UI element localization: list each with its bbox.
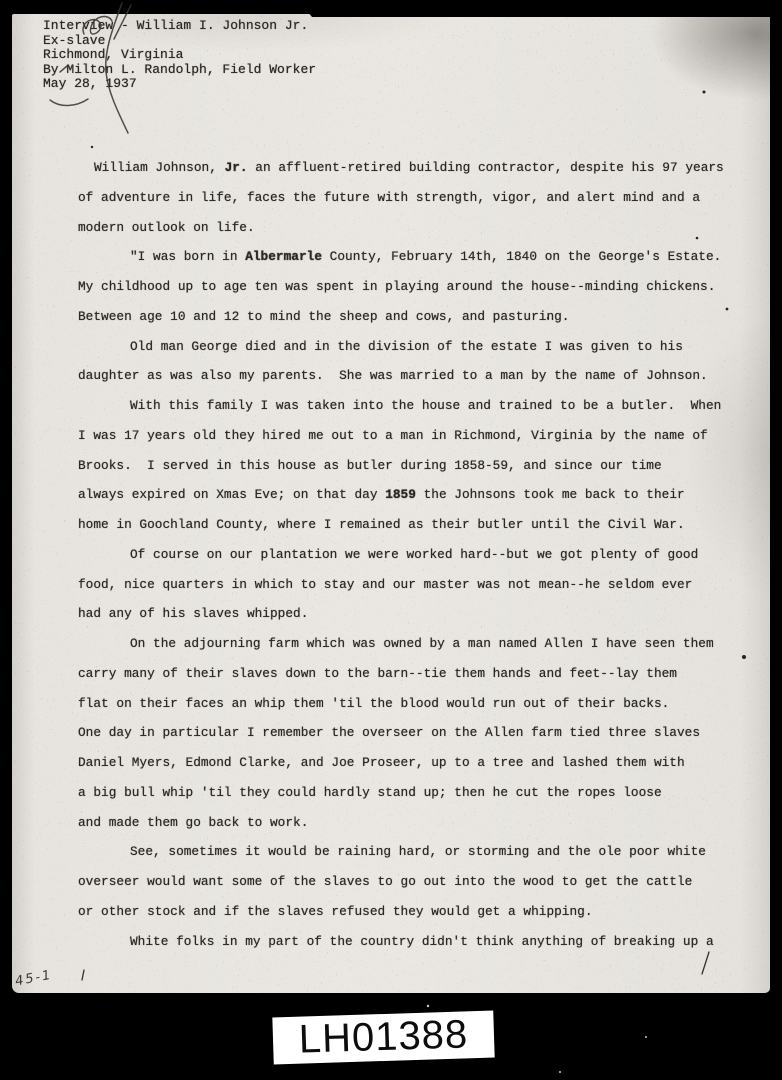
- document-line: carry many of their slaves down to the b…: [78, 659, 730, 689]
- document-line: food, nice quarters in which to stay and…: [78, 570, 730, 600]
- top-edge-black-bar: [298, 0, 782, 17]
- header-line: Interview - William I. Johnson Jr.: [43, 19, 316, 34]
- document-line: modern outlook on life.: [78, 213, 730, 243]
- document-line: Between age 10 and 12 to mind the sheep …: [78, 302, 730, 332]
- document-line: I was 17 years old they hired me out to …: [78, 421, 730, 451]
- document-line: of adventure in life, faces the future w…: [78, 183, 730, 213]
- header-line: May 28, 1937: [43, 77, 316, 92]
- header-line: By Milton L. Randolph, Field Worker: [43, 63, 316, 78]
- archive-number-text: LH01388: [298, 1012, 469, 1062]
- document-line: flat on their faces an whip them 'til th…: [78, 689, 730, 719]
- document-line: overseer would want some of the slaves t…: [78, 867, 730, 897]
- archive-number-label: LH01388: [272, 1011, 494, 1065]
- document-line: Of course on our plantation we were work…: [78, 540, 730, 570]
- document-line: See, sometimes it would be raining hard,…: [78, 837, 730, 867]
- document-line: daughter as was also my parents. She was…: [78, 361, 730, 391]
- document-line: and made them go back to work.: [78, 808, 730, 838]
- document-line: White folks in my part of the country di…: [78, 927, 730, 957]
- document-line: Daniel Myers, Edmond Clarke, and Joe Pro…: [78, 748, 730, 778]
- document-line: "I was born in Albermarle County, Februa…: [78, 242, 730, 272]
- document-line: had any of his slaves whipped.: [78, 599, 730, 629]
- document-line: With this family I was taken into the ho…: [78, 391, 730, 421]
- document-line: home in Goochland County, where I remain…: [78, 510, 730, 540]
- header-block: Interview - William I. Johnson Jr.Ex-sla…: [43, 19, 316, 92]
- document-line: Old man George died and in the division …: [78, 332, 730, 362]
- document-line: One day in particular I remember the ove…: [78, 718, 730, 748]
- document-body: William Johnson, Jr. an affluent-retired…: [78, 153, 730, 956]
- document-line: On the adjourning farm which was owned b…: [78, 629, 730, 659]
- document-line: always expired on Xmas Eve; on that day …: [78, 480, 730, 510]
- document-line: or other stock and if the slaves refused…: [78, 897, 730, 927]
- black-scan-frame: Interview - William I. Johnson Jr.Ex-sla…: [0, 0, 782, 1080]
- scanned-page: { "scan": { "corner_mark": "45-1", "labe…: [0, 0, 782, 1080]
- header-line: Richmond, Virginia: [43, 48, 316, 63]
- document-line: My childhood up to age ten was spent in …: [78, 272, 730, 302]
- document-line: a big bull whip 'til they could hardly s…: [78, 778, 730, 808]
- document-line: Brooks. I served in this house as butler…: [78, 451, 730, 481]
- document-line: William Johnson, Jr. an affluent-retired…: [78, 153, 730, 183]
- header-line: Ex-slave: [43, 34, 316, 49]
